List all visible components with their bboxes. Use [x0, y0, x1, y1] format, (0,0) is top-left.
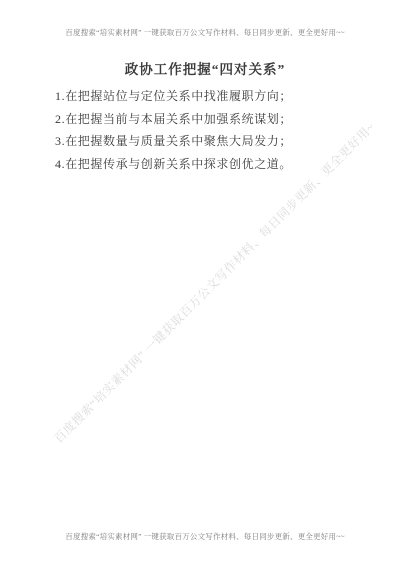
list-item: 3.在把握数量与质量关系中聚焦大局发力；	[55, 130, 375, 153]
list-item: 4.在把握传承与创新关系中探求创优之道。	[55, 153, 375, 176]
header-promo-note: 百度搜索“培实素材网” 一键获取百万公文写作材料、每日同步更新、更全更好用~~	[0, 27, 410, 38]
document-title: 政协工作把握“四对关系”	[0, 58, 410, 78]
numbered-list: 1.在把握站位与定位关系中找准履职方向； 2.在把握当前与本届关系中加强系统谋划…	[55, 85, 375, 175]
footer-promo-note: 百度搜索“培实素材网” 一键获取百万公文写作材料、每日同步更新、更全更好用~~	[0, 531, 410, 542]
document-page: 百度搜索“培实素材网” 一键获取百万公文写作材料、每日同步更新、更全更好用~~ …	[0, 0, 410, 580]
list-item: 1.在把握站位与定位关系中找准履职方向；	[55, 85, 375, 108]
list-item: 2.在把握当前与本届关系中加强系统谋划；	[55, 108, 375, 131]
